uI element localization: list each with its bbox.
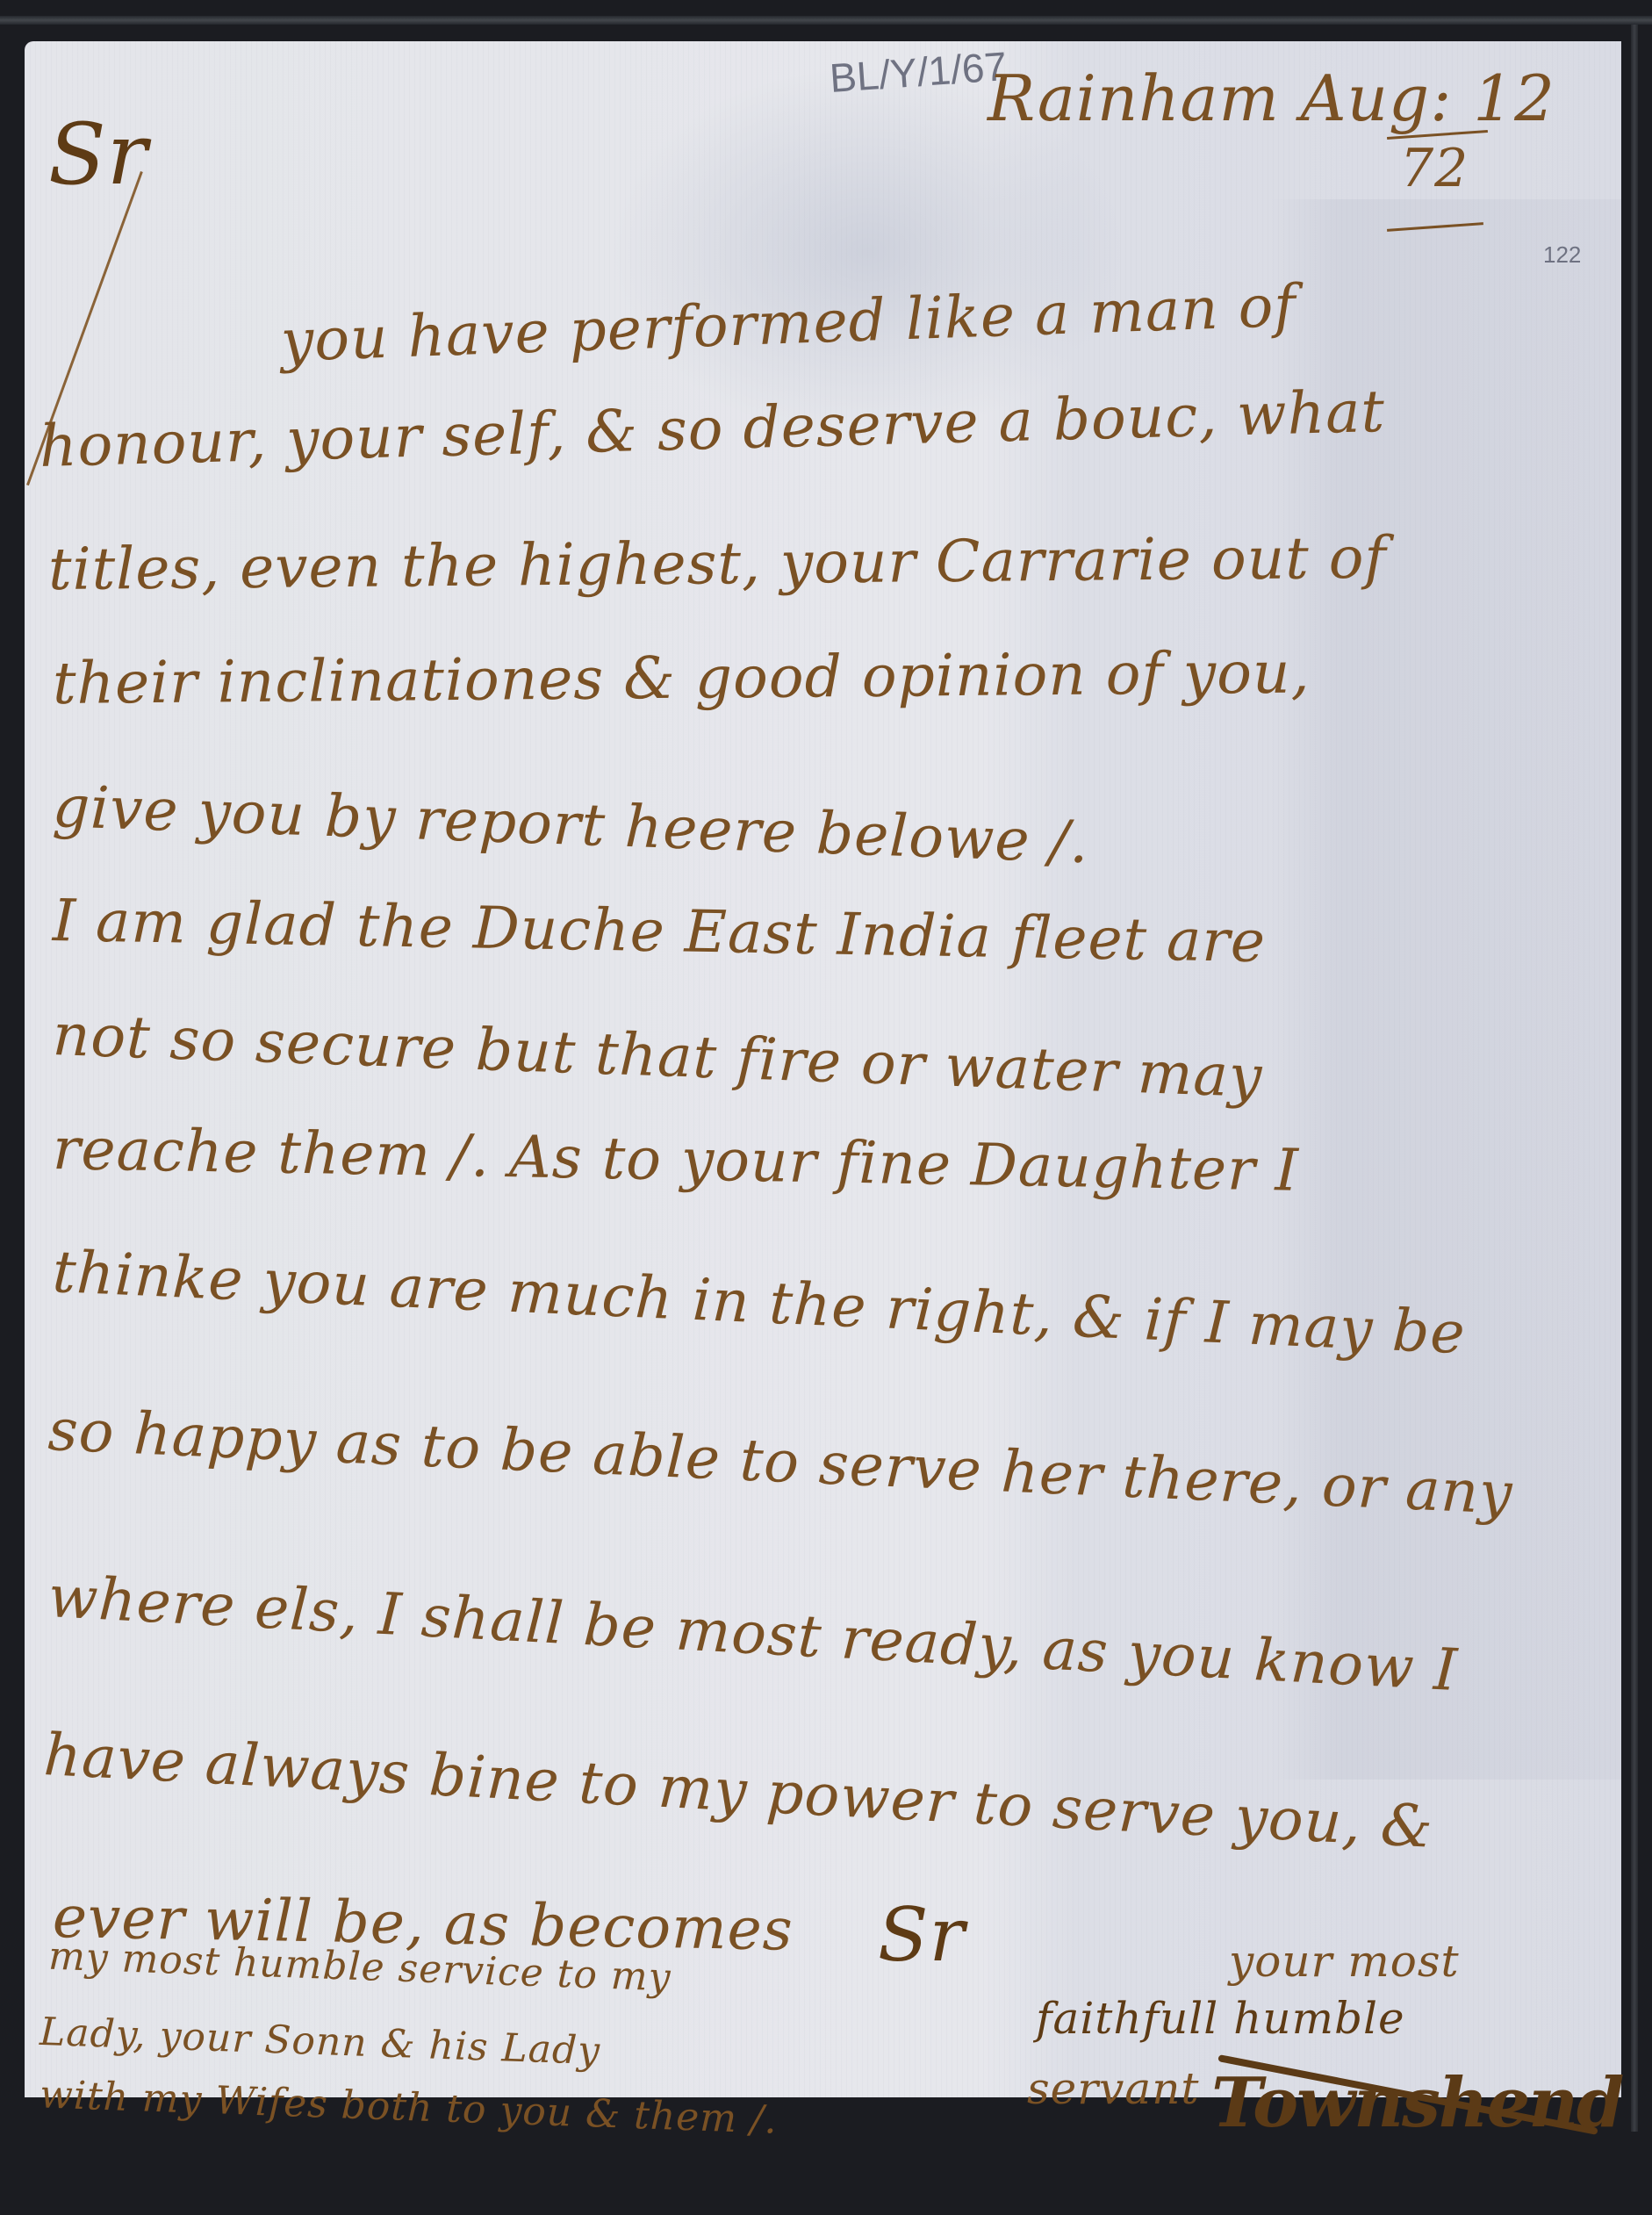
body-line-3: titles, even the highest, your Carrarie …: [48, 524, 1387, 603]
subscription-line-3: servant: [1027, 2063, 1200, 2114]
signature: Townshend: [1211, 2063, 1622, 2143]
mount-right-edge: [1631, 25, 1638, 2132]
place: Rainham: [988, 61, 1280, 135]
body-line-4: their inclinationes & good opinion of yo…: [53, 639, 1311, 717]
mount-top-edge: [0, 16, 1652, 25]
subscription-line-2: faithfull humble: [1036, 1993, 1405, 2044]
place-and-date: Rainham Aug: 12: [988, 61, 1555, 135]
scan-background: Sr BL/Y/1/67 122 Rainham Aug: 12 72 you …: [0, 0, 1652, 2215]
year: 72: [1400, 138, 1469, 199]
subscription-line-1: your most: [1229, 1936, 1460, 1987]
closing-salutation: Sr: [878, 1892, 966, 1978]
date: Aug: 12: [1301, 61, 1555, 135]
page-number: 122: [1543, 241, 1581, 269]
